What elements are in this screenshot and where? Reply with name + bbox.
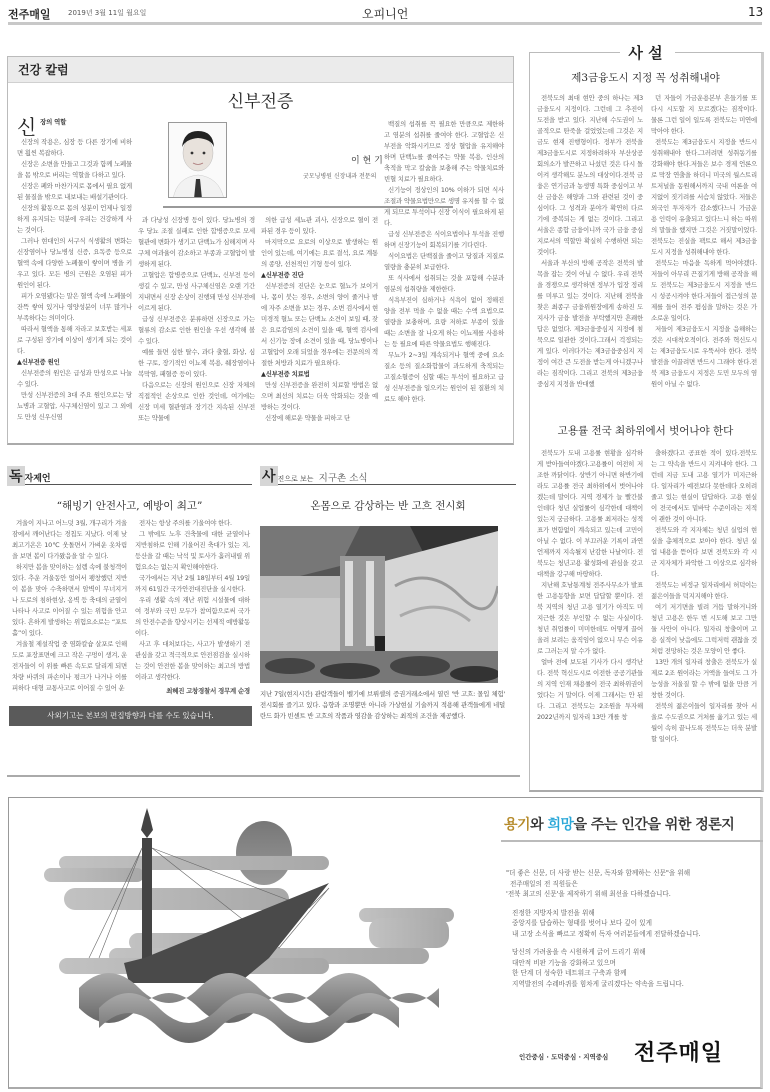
photo-news-title: 온몸으로 감상하는 반 고흐 전시회 [260,498,516,513]
editorial: 사 설 사 설 제3금융도시 지정 꼭 성취해내야 전북도의 최대 현안 중의 … [529,52,764,792]
ad-para-1: "더 좋은 신문, 더 사랑 받는 신문, 독자와 함께하는 신문"을 위해 전… [506,868,761,900]
editorial-2-title: 고용률 전국 최하위에서 벗어나야 한다 [530,423,761,438]
health-col-4: 백질의 섭취를 꼭 필요한 만큼으로 제한하고 염분의 섭취를 줄여야 한다. … [384,119,504,405]
reader-bottom-rule [7,775,520,777]
ad-para-3: 당신의 가려움을 속 시원하게 긁어 드리기 위해 대안적 비판 기능을 강화하… [506,947,761,989]
ship-illustration [29,808,479,1048]
editorial-1-col2: 던 자들이 가금운용본부 흔들기를 또다시 시도할 지 모르겠다는 짐작이다. … [651,93,757,390]
author-affiliation: 굿모닝병원 신장내과 전문의 [303,171,376,180]
page-number: 13 [748,5,763,19]
photo-news-caption: 지난 7일(현지시간) 관람객들이 벨기에 브뤼셀의 증권거래소에서 열린 '반… [260,689,505,722]
editorial-1-col1: 전북도의 최대 현안 중의 하나는 제3금융도시 지정이다. 그런데 그 추진이… [537,93,643,390]
editorial-2-col2: 출하겠다고 공표한 적이 있다.전북도는 그 약속을 반드시 지켜내야 한다. … [651,448,757,745]
health-column: 건강 칼럼 신부전증 신 장의 역할 신장의 작용은, 심장 등 다른 장기에 … [7,56,514,445]
health-column-label: 건강 칼럼 [8,57,513,83]
editorial-1-title: 제3금융도시 지정 꼭 성취해내야 [530,70,761,85]
health-col-2: 과 다낭성 신장병 등이 있다. 당뇨병의 경우 당뇨 조절 실패로 인한 합병… [138,215,255,424]
reader-column-label: 독자제언 [7,466,252,485]
author-name: 이 현 기 [351,153,383,166]
reader-column: 독자제언 “해빙기 안전사고, 예방이 최고” 겨울이 지나고 어느덧 3월, … [7,466,252,786]
dropcap: 신 [17,117,36,137]
section-title: 오피니언 [362,5,408,22]
subhead-diagnosis: ▲신부전증 진단 [261,270,378,281]
editorial-2-col1: 전북도가 도내 고용률 현황을 심각하게 받아들여야겠다.고용률이 여전히 저조… [537,448,643,723]
photo-news-image [260,526,498,683]
health-col-1: 신 장의 역할 신장의 작용은, 심장 등 다른 장기에 비하면 훨씬 복잡하다… [17,117,132,423]
reader-column-title: “해빙기 안전사고, 예방이 최고” [7,498,252,513]
ad-slogan: 인간중심 · 도덕중심 · 지역중심 [519,1052,608,1061]
ad-logo: 전주매일 [634,1036,723,1067]
issue-date: 2019년 3월 11일 월요일 [68,8,146,18]
ad-headline-rule [501,840,763,842]
reader-byline: 최혜진 고창경찰서 경무계 순경 [135,686,250,697]
health-col-3: 의한 급성 세뇨관 괴사, 신장으로 혈이 전파된 경우 등이 있다. 마지막으… [261,215,378,424]
masthead-rule [8,22,762,25]
health-column-title: 신부전증 [8,87,513,112]
masthead-logo: 전주매일 [8,6,51,22]
author-photo [168,122,227,198]
subhead-treatment: ▲신부전증 치료법 [261,369,378,380]
reader-col-2: 전자는 항상 주의를 기울여야 한다. 그 밖에도 노후 건축물에 대한 균열이… [135,518,250,697]
newspaper-ad: 용기와 희망을 주는 인간을 위한 정론지 "더 좋은 신문, 더 사랑 받는 … [8,797,763,1089]
ad-para-2: 진정한 지방자치 발전을 위해 중앙지를 답습하는 형태를 벗어나 보다 깊이 … [506,908,761,940]
photo-news: 사진으로 보는 지구촌 소식 온몸으로 감상하는 반 고흐 전시회 지난 7일(… [260,466,516,771]
subhead-cause: ▲신부전증 원인 [17,357,132,368]
ad-body: "더 좋은 신문, 더 사랑 받는 신문, 독자와 함께하는 신문"을 위해 전… [506,868,761,989]
ad-headline: 용기와 희망을 주는 인간을 위한 정론지 [504,814,734,834]
photo-news-label: 사진으로 보는 지구촌 소식 [260,466,516,485]
disclaimer-bar: 사외기고는 본보의 편집방향과 다를 수도 있습니다. [9,706,252,726]
reader-col-1: 겨울이 지나고 어느덧 3월, 개구리가 겨울잠에서 깨어난다는 경칩도 지났다… [12,518,127,694]
editorial-label-text: 사 설 [530,42,761,63]
